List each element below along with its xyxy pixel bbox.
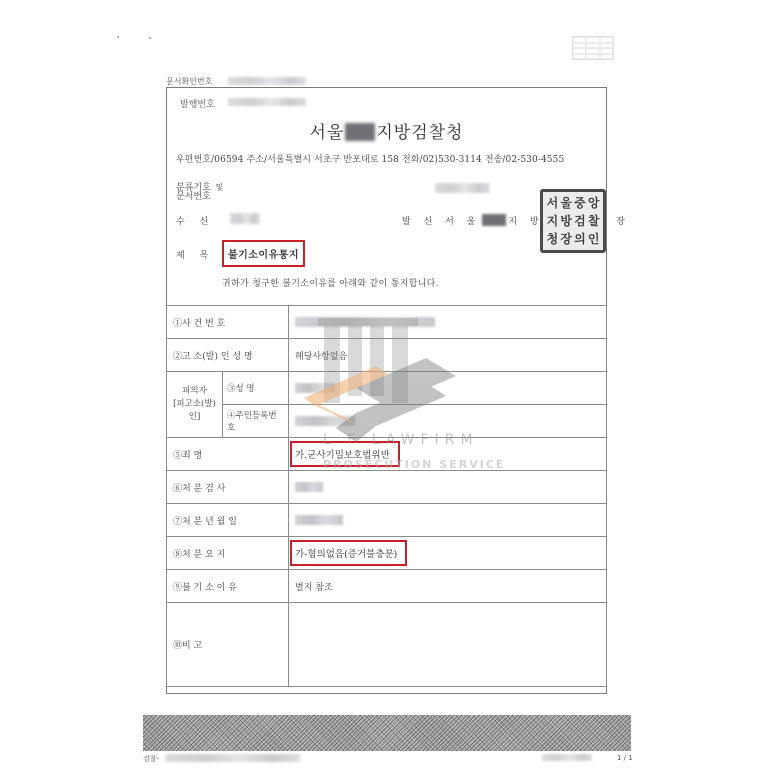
seal-char: 인 — [587, 230, 600, 247]
row-label: ①사 건 번 호 — [167, 306, 289, 339]
seal-char: 중 — [574, 195, 587, 212]
table-row: ⑧처 분 요 지 가-혐의없음(증거불충분) — [167, 537, 607, 570]
table-row: ①사 건 번 호 — [167, 306, 607, 339]
redacted-prosecutor — [295, 482, 323, 492]
redacted-issue-number — [228, 98, 306, 106]
complainant-value: 해당사항없음 — [289, 339, 607, 372]
recipient-label: 수 신 — [176, 214, 214, 227]
office-title-prefix: 서울 — [310, 123, 345, 143]
suspect-group-label: 피의자 [피고소(발)인] — [167, 372, 223, 438]
disposition-date-value — [289, 504, 607, 537]
row-label: ⑧처 분 요 지 — [167, 537, 289, 570]
redacted-footer-doc-number — [165, 754, 300, 762]
classification-label-line2: 문서번호 — [176, 192, 211, 202]
seal-char: 방 — [560, 213, 573, 230]
disposition-summary-value: 가-혐의없음(증거불충분) — [289, 537, 607, 570]
redacted-document-number — [435, 183, 490, 193]
subject-label: 제 목 — [176, 248, 214, 261]
watermark-brand-text: L F LAWFIRM — [323, 432, 479, 448]
redacted-recipient — [230, 213, 260, 224]
disposition-table: ①사 건 번 호 ②고 소(발) 인 성 명 해당사항없음 피의자 [피고소(발… — [166, 305, 607, 687]
scan-speck — [149, 37, 151, 39]
page-number: 1 / 1 — [617, 754, 633, 762]
row-label: ⑤죄 명 — [167, 438, 289, 471]
watermark-service-text: PROSECUTION SERVICE — [323, 458, 505, 471]
sender-label: 발 신 서 울 — [402, 217, 480, 227]
disposition-summary-highlighted: 가-혐의없음(증거불충분) — [290, 540, 407, 566]
table-row: ⑦처 분 년 월 일 — [167, 504, 607, 537]
table-row: ⑩비 고 — [167, 603, 607, 687]
remarks-value — [289, 603, 607, 687]
security-barcode-pattern — [143, 715, 631, 751]
redacted-case-number — [295, 317, 435, 327]
suspect-group-line1: 피의자 — [182, 386, 207, 396]
row-label: ②고 소(발) 인 성 명 — [167, 339, 289, 372]
seal-char: 앙 — [587, 195, 600, 212]
redacted-office-district — [345, 123, 375, 141]
table-row: ②고 소(발) 인 성 명 해당사항없음 — [167, 339, 607, 372]
non-prosecution-reason-value: 별지 참조 — [289, 570, 607, 603]
redacted-verification-number — [228, 77, 306, 85]
seal-char: 청 — [546, 230, 559, 247]
seal-char: 서 — [546, 195, 559, 212]
suspect-name-value — [289, 372, 607, 405]
classification-label-and: 및 — [216, 183, 224, 192]
row-label: ⑨불 기 소 이 유 — [167, 570, 289, 603]
redacted-disposition-date — [295, 515, 343, 525]
official-seal-icon: 서 울 중 앙 지 방 검 찰 청 장 의 인 — [540, 189, 606, 253]
redacted-resident-number — [295, 416, 355, 426]
seal-char: 장 — [560, 230, 573, 247]
table-row: 피의자 [피고소(발)인] ③성 명 — [167, 372, 607, 405]
verification-number-label: 문서확인번호 — [166, 76, 212, 87]
suspect-group-line2: [피고소(발)인] — [173, 399, 216, 422]
seal-char: 지 — [546, 213, 559, 230]
issue-number-label: 발행번호 — [180, 97, 215, 110]
row-label: ③성 명 — [223, 372, 289, 405]
footer-doc-prefix: 검찰- — [143, 755, 159, 763]
office-address: 우편번호/06594 주소/서울특별시 서초구 반포대로 158 전화/02)5… — [176, 152, 564, 165]
row-label: ⑦처 분 년 월 일 — [167, 504, 289, 537]
footer-doc-number: 검찰- — [143, 754, 159, 764]
prosecutor-value — [289, 471, 607, 504]
seal-char: 의 — [574, 230, 587, 247]
case-number-value — [289, 306, 607, 339]
row-label: ④주민등록번호 — [223, 405, 289, 438]
office-title: 서울지방검찰청 — [166, 118, 607, 143]
redacted-footer-date — [542, 754, 592, 761]
seal-char: 울 — [560, 195, 573, 212]
table-row: ⑨불 기 소 이 유 별지 참조 — [167, 570, 607, 603]
notice-text: 귀하가 청구한 불기소이유를 아래와 같이 통지합니다. — [222, 276, 439, 289]
row-label: ⑥처 분 검 사 — [167, 471, 289, 504]
office-title-suffix: 지방검찰청 — [376, 123, 463, 143]
verification-stamp-grid — [572, 36, 614, 60]
redacted-suspect-name — [295, 383, 335, 393]
seal-char: 검 — [574, 213, 587, 230]
scan-speck — [117, 36, 119, 38]
row-label: ⑩비 고 — [167, 603, 289, 687]
redacted-sender-district — [482, 214, 506, 226]
seal-char: 찰 — [587, 213, 600, 230]
classification-label: 분류기호 및 문서번호 — [176, 183, 223, 202]
table-row: ⑥처 분 검 사 — [167, 471, 607, 504]
subject-value-highlighted: 불기소이유통지 — [222, 240, 305, 267]
